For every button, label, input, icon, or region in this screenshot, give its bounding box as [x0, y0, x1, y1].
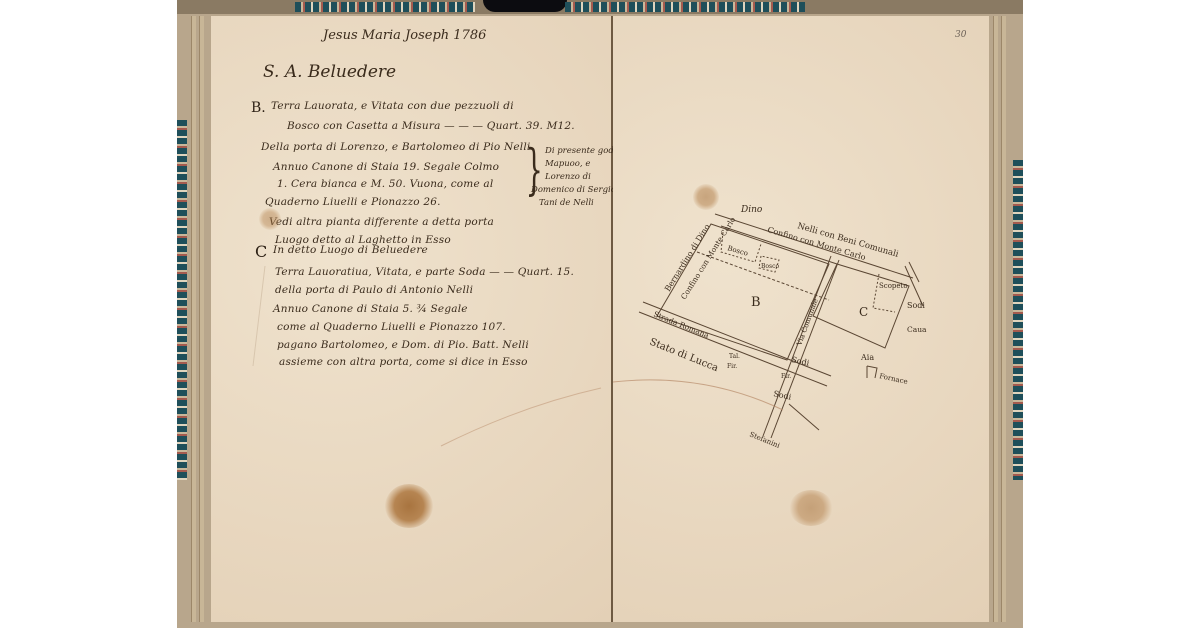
page-edges-left-inner	[199, 16, 204, 622]
small-stain	[259, 208, 281, 230]
map-label-fir-1: Fir.	[727, 363, 737, 370]
left-page: Jesus Maria Joseph 1786 S. A. Beluedere …	[211, 16, 613, 622]
book-spread: Jesus Maria Joseph 1786 S. A. Beluedere …	[177, 0, 1023, 628]
water-stain	[385, 484, 433, 528]
map-label-stefanini: Stefanini	[748, 430, 781, 450]
map-label-fir-2: Fir.	[781, 373, 791, 380]
page-edges-right	[993, 16, 998, 622]
map-label-dino: Dino	[740, 205, 763, 215]
map-label-stato-lucca: Stato di Lucca	[648, 337, 720, 375]
cadastral-map: Dino Nelli con Beni Comunali Confino con…	[613, 16, 989, 622]
faint-offset-lines	[211, 16, 611, 622]
map-label-scopeto: Scopeto	[879, 282, 908, 290]
map-label-via-comunale: Via Comunale	[795, 298, 820, 348]
map-label-bosco-2: Bosco	[761, 263, 779, 270]
page-edges-left	[191, 16, 196, 622]
map-label-tal: Tal.	[729, 353, 740, 360]
marbled-endpaper-left	[177, 120, 187, 480]
map-label-sodi-2: Sodi	[791, 355, 811, 368]
faint-stain-right	[789, 490, 833, 526]
map-label-parcel-c: C	[859, 305, 868, 319]
map-label-bosco-1: Bosco	[726, 244, 748, 258]
map-label-fornace: Fornace	[879, 372, 909, 386]
map-label-sodi-3: Sodi	[773, 389, 793, 402]
spine-notch	[483, 0, 567, 12]
map-label-aia: Aia	[860, 353, 874, 362]
map-label-caua: Caua	[907, 325, 927, 334]
map-label-sodi-1: Sodi	[907, 301, 925, 310]
right-page: 30	[613, 16, 989, 622]
map-label-parcel-b: B	[751, 295, 761, 310]
marbled-endpaper-right	[1013, 160, 1023, 480]
small-stain-right	[693, 184, 719, 210]
marbled-endpaper-top-right	[565, 2, 805, 12]
page-edges-right-outer	[1001, 16, 1006, 622]
marbled-endpaper-top-left	[295, 2, 475, 12]
